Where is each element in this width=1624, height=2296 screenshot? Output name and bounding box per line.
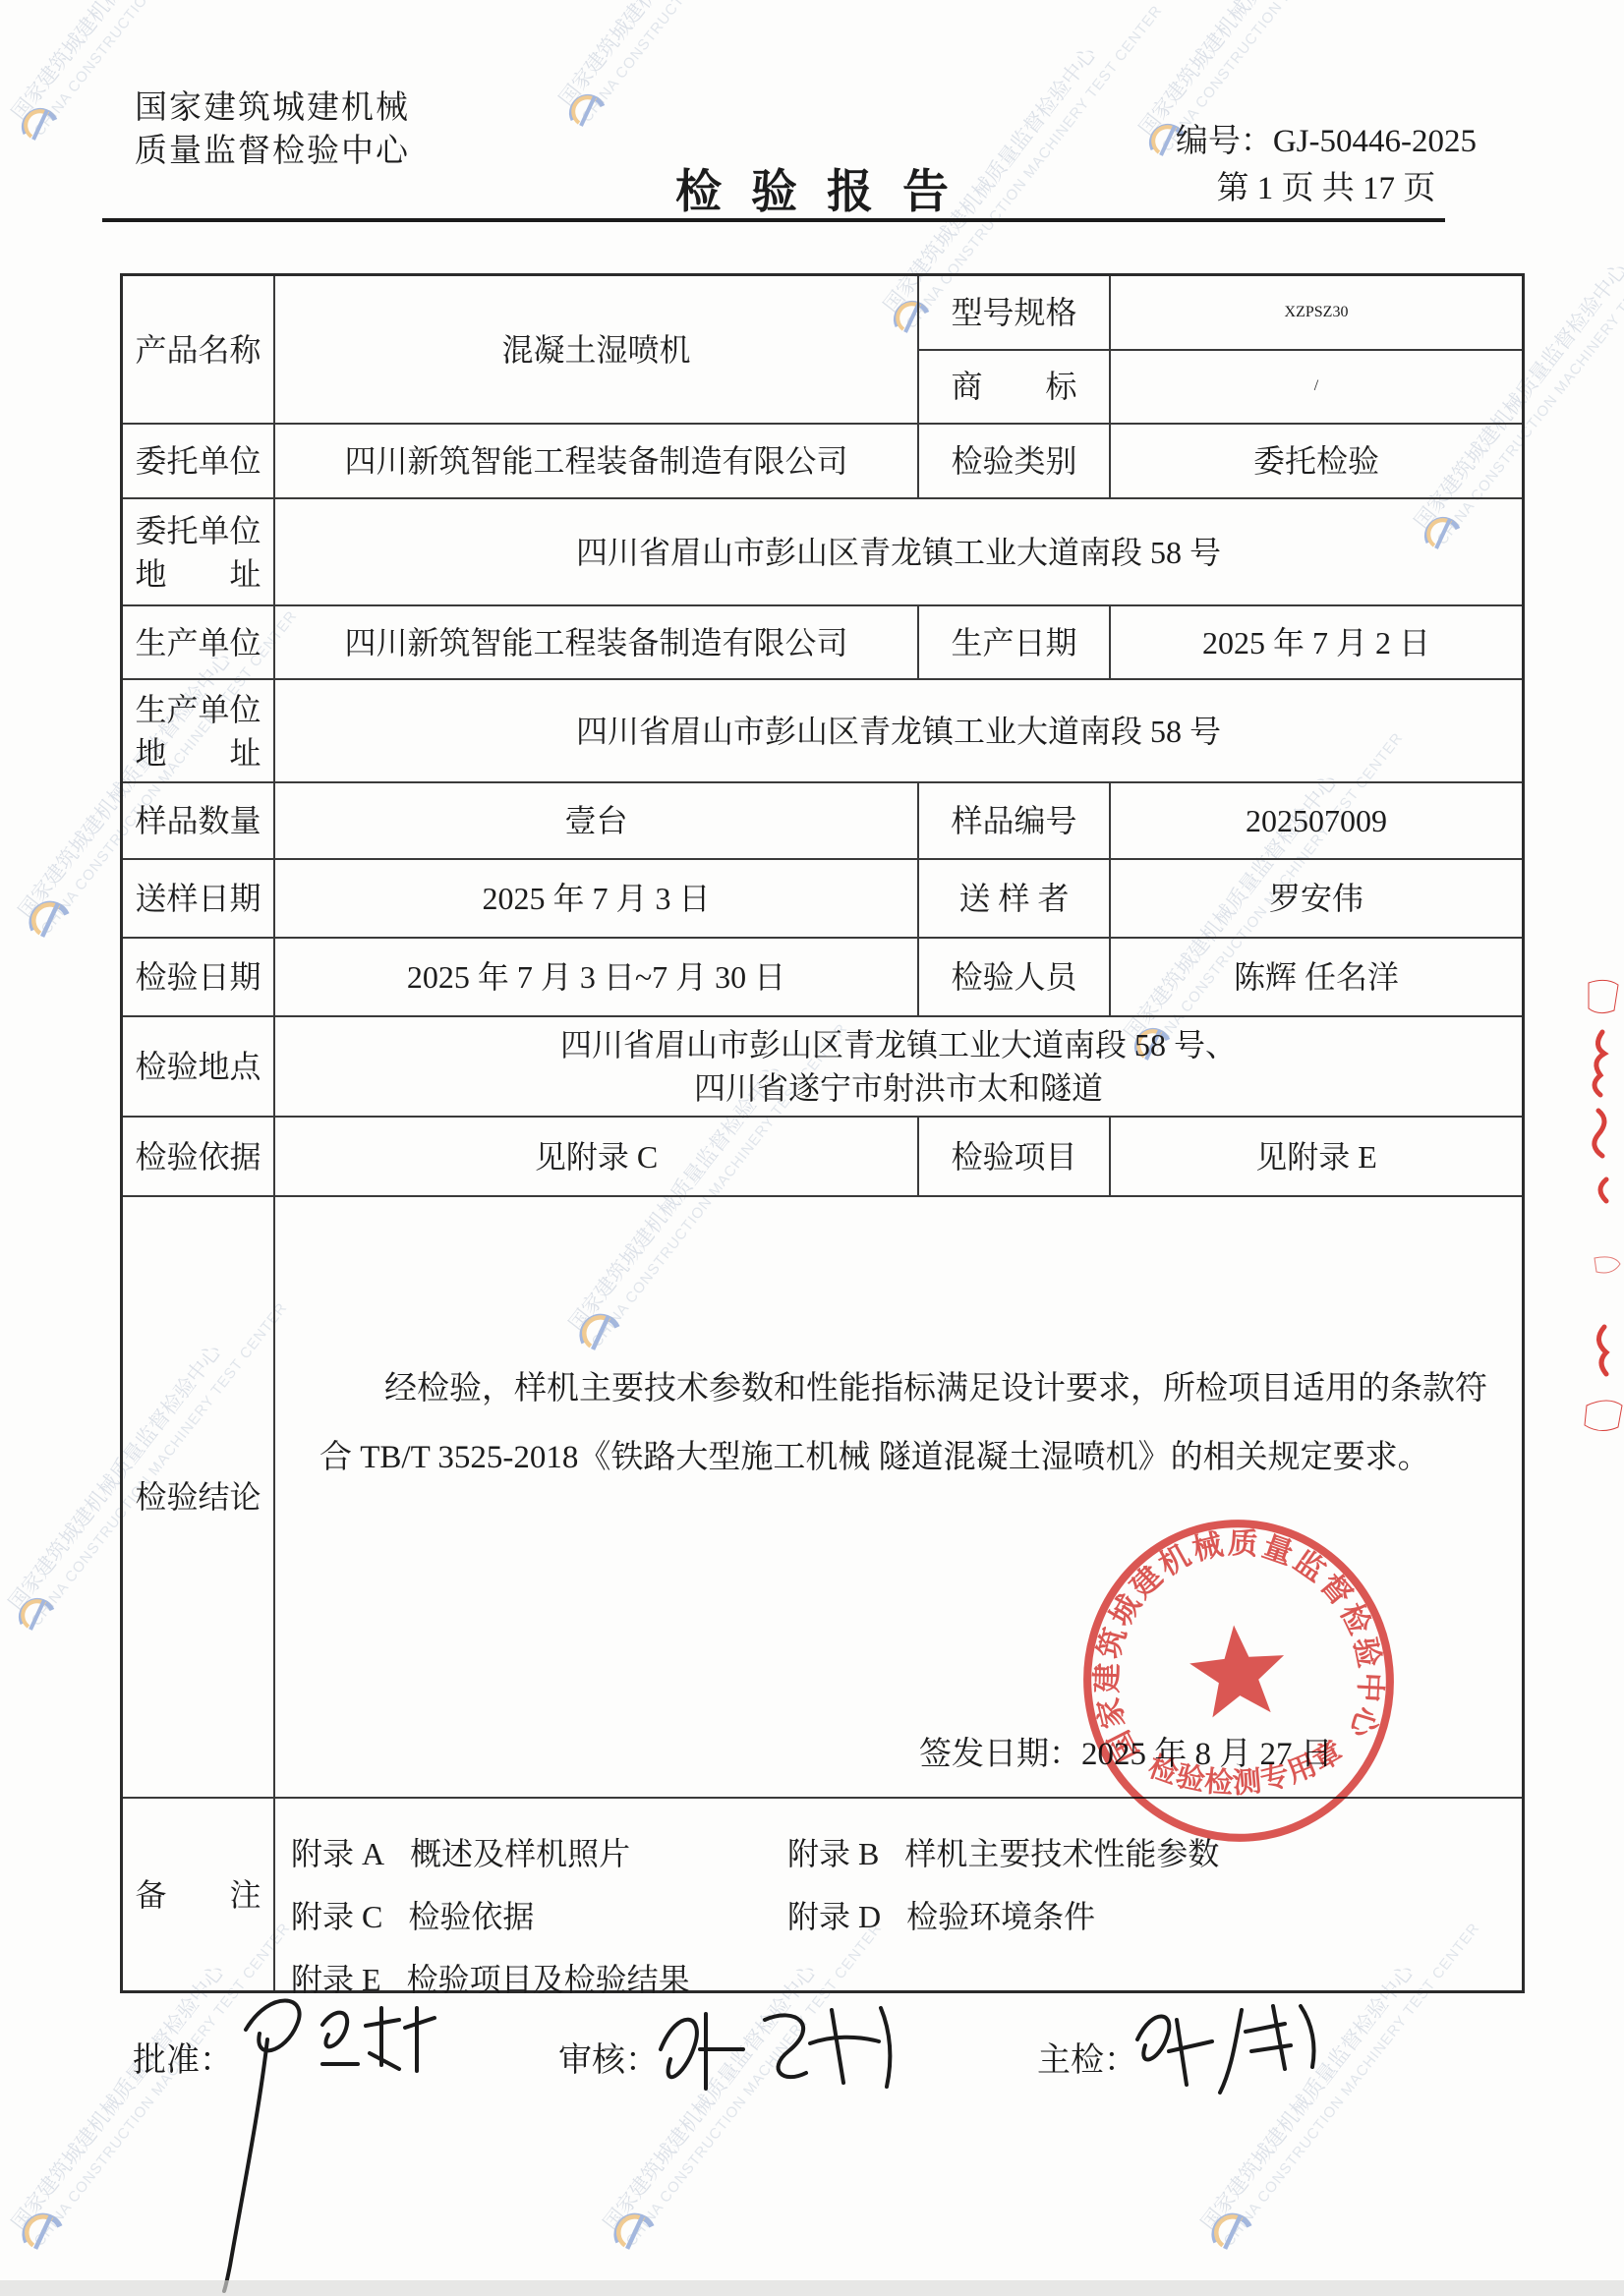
sample-qty-label: 样品数量: [123, 783, 273, 858]
scan-artifact-band: [0, 2280, 1624, 2296]
conclusion-label: 检验结论: [123, 1197, 273, 1797]
report-meta: 编号：GJ-50446-2025 第 1 页 共 17 页: [1176, 118, 1477, 212]
trademark-label: 商 标: [919, 349, 1109, 424]
client-value: 四川新筑智能工程装备制造有限公司: [273, 425, 917, 497]
center-logo-icon: [565, 88, 610, 134]
report-table: 产品名称 混凝土湿喷机 型号规格 商 标 XZPSZ30 / 委托单位 四川新筑…: [120, 273, 1525, 1993]
approve-signature: [216, 1971, 442, 2295]
table-row-location: 检验地点 四川省眉山市彭山区青龙镇工业大道南段 58 号、 四川省遂宁市射洪市太…: [123, 1015, 1522, 1116]
report-no-label: 编号：: [1176, 124, 1273, 159]
delivery-date-label: 送样日期: [123, 860, 273, 937]
review-label: 审核：: [558, 2033, 659, 2081]
watermark: 国家建筑城建机械质量监督检验中心CHINA CONSTRUCTION MACHI…: [565, 88, 610, 134]
watermark: 国家建筑城建机械质量监督检验中心CHINA CONSTRUCTION MACHI…: [18, 102, 63, 147]
table-row-inspection-date: 检验日期 2025 年 7 月 3 日~7 月 30 日 检验人员 陈辉 任名洋: [123, 937, 1522, 1015]
org-name-line1: 国家建筑城建机械: [135, 86, 410, 130]
center-logo-icon: [15, 1592, 60, 1637]
manufacturer-label: 生产单位: [123, 606, 273, 678]
center-logo-icon: [18, 102, 63, 147]
table-row-delivery: 送样日期 2025 年 7 月 3 日 送 样 者 罗安伟: [123, 858, 1522, 937]
review-signature: [649, 1980, 924, 2138]
table-row-conclusion: 检验结论 经检验，样机主要技术参数和性能指标满足设计要求，所检项目适用的条款符合…: [123, 1195, 1522, 1797]
table-row-basis: 检验依据 见附录 C 检验项目 见附录 E: [123, 1116, 1522, 1195]
trademark-value: /: [1111, 349, 1522, 424]
table-row-manufacturer: 生产单位 四川新筑智能工程装备制造有限公司 生产日期 2025 年 7 月 2 …: [123, 604, 1522, 678]
manufacturer-value: 四川新筑智能工程装备制造有限公司: [273, 606, 917, 678]
inspectors-value: 陈辉 任名洋: [1109, 939, 1522, 1015]
remark-label: 备 注: [123, 1799, 273, 1990]
issue-date: 签发日期：2025 年 8 月 27 日: [919, 1733, 1333, 1776]
center-logo-icon: [25, 894, 76, 946]
center-logo-icon: [18, 2207, 69, 2258]
items-value: 见附录 E: [1109, 1118, 1522, 1195]
inspection-date-label: 检验日期: [123, 939, 273, 1015]
table-row-client-address: 委托单位 地 址 四川省眉山市彭山区青龙镇工业大道南段 58 号: [123, 497, 1522, 604]
client-address-value: 四川省眉山市彭山区青龙镇工业大道南段 58 号: [273, 499, 1522, 604]
chief-signature: [1126, 1980, 1342, 2128]
remark-cell: 附录 A概述及样机照片 附录 B样机主要技术性能参数 附录 C检验依据 附录 D…: [273, 1799, 1522, 1990]
page-number: 第 1 页 共 17 页: [1176, 165, 1477, 212]
conclusion-text: 经检验，样机主要技术参数和性能指标满足设计要求，所检项目适用的条款符合 TB/T…: [319, 1354, 1487, 1492]
table-row-remark: 备 注 附录 A概述及样机照片 附录 B样机主要技术性能参数 附录 C检验依据 …: [123, 1797, 1522, 1990]
inspectors-label: 检验人员: [917, 939, 1109, 1015]
appendix-item: 附录 B样机主要技术性能参数: [787, 1822, 1219, 1885]
sample-no-label: 样品编号: [917, 783, 1109, 858]
production-date-label: 生产日期: [917, 606, 1109, 678]
model-value: XZPSZ30: [1111, 276, 1522, 349]
inspection-report-page: 国家建筑城建机械质量监督检验中心CHINA CONSTRUCTION MACHI…: [0, 0, 1624, 2296]
product-label: 产品名称: [123, 276, 273, 423]
model-label: 型号规格: [919, 276, 1109, 349]
inspection-date-value: 2025 年 7 月 3 日~7 月 30 日: [273, 939, 917, 1015]
basis-value: 见附录 C: [273, 1118, 917, 1195]
location-label: 检验地点: [123, 1017, 273, 1116]
client-label: 委托单位: [123, 425, 273, 497]
inspection-type-value: 委托检验: [1109, 425, 1522, 497]
appendix-item: 附录 A概述及样机照片: [291, 1822, 787, 1885]
report-no: GJ-50446-2025: [1273, 124, 1477, 159]
watermark: 国家建筑城建机械质量监督检验中心CHINA CONSTRUCTION MACHI…: [609, 2207, 661, 2258]
center-logo-icon: [609, 2207, 661, 2258]
items-label: 检验项目: [917, 1118, 1109, 1195]
production-date-value: 2025 年 7 月 2 日: [1109, 606, 1522, 678]
watermark: 国家建筑城建机械质量监督检验中心CHINA CONSTRUCTION MACHI…: [25, 894, 76, 946]
location-value: 四川省眉山市彭山区青龙镇工业大道南段 58 号、 四川省遂宁市射洪市太和隧道: [273, 1017, 1522, 1116]
sender-value: 罗安伟: [1109, 860, 1522, 937]
appendix-item: 附录 C检验依据: [291, 1885, 787, 1948]
center-logo-icon: [1207, 2207, 1258, 2258]
basis-label: 检验依据: [123, 1118, 273, 1195]
appendix-item: 附录 D检验环境条件: [787, 1885, 1095, 1948]
sample-qty-value: 壹台: [273, 783, 917, 858]
conclusion-cell: 经检验，样机主要技术参数和性能指标满足设计要求，所检项目适用的条款符合 TB/T…: [273, 1197, 1522, 1797]
sample-no-value: 202507009: [1109, 783, 1522, 858]
table-row-client: 委托单位 四川新筑智能工程装备制造有限公司 检验类别 委托检验: [123, 423, 1522, 497]
inspection-type-label: 检验类别: [917, 425, 1109, 497]
table-row-product: 产品名称 混凝土湿喷机 型号规格 商 标 XZPSZ30 /: [123, 276, 1522, 423]
table-row-manufacturer-address: 生产单位 地 址 四川省眉山市彭山区青龙镇工业大道南段 58 号: [123, 678, 1522, 781]
watermark: 国家建筑城建机械质量监督检验中心CHINA CONSTRUCTION MACHI…: [15, 1592, 60, 1637]
watermark: 国家建筑城建机械质量监督检验中心CHINA CONSTRUCTION MACHI…: [18, 2207, 69, 2258]
manufacturer-address-label: 生产单位 地 址: [123, 680, 273, 781]
sender-label: 送 样 者: [917, 860, 1109, 937]
red-edge-marks: [1569, 973, 1624, 1435]
client-address-label: 委托单位 地 址: [123, 499, 273, 604]
table-row-sample: 样品数量 壹台 样品编号 202507009: [123, 781, 1522, 858]
chief-label: 主检：: [1037, 2033, 1137, 2081]
delivery-date-value: 2025 年 7 月 3 日: [273, 860, 917, 937]
product-value: 混凝土湿喷机: [273, 276, 917, 423]
header-rule: [102, 218, 1445, 222]
watermark: 国家建筑城建机械质量监督检验中心CHINA CONSTRUCTION MACHI…: [1207, 2207, 1258, 2258]
manufacturer-address-value: 四川省眉山市彭山区青龙镇工业大道南段 58 号: [273, 680, 1522, 781]
